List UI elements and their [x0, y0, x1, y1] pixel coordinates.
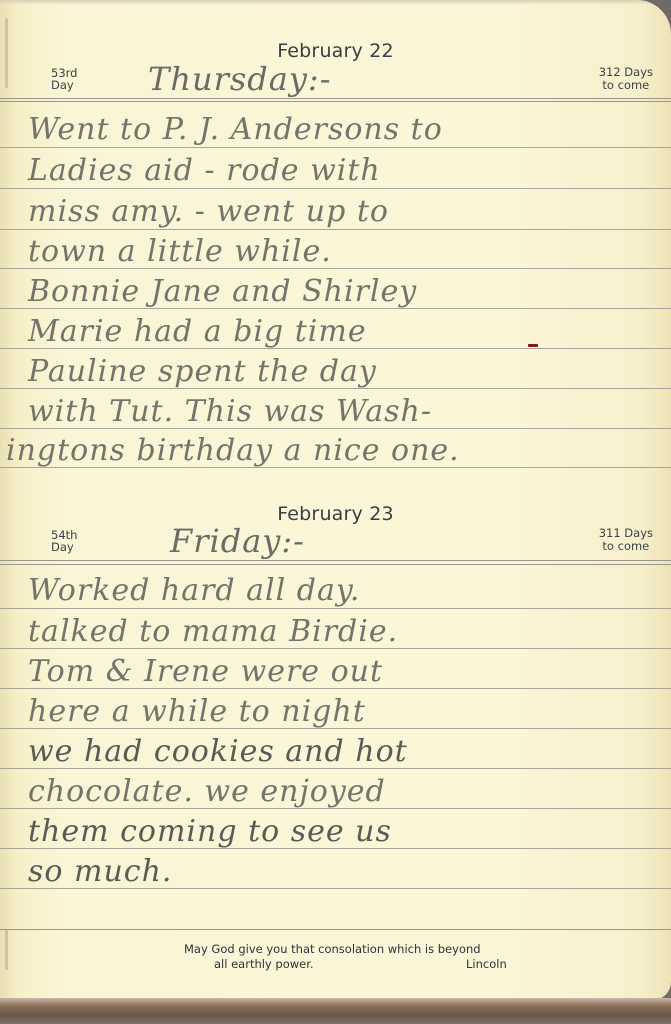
ruled-line	[0, 608, 671, 609]
handwritten-line: Worked hard all day.	[28, 573, 663, 608]
weekday-handwritten: Friday:-	[170, 522, 305, 560]
handwritten-line: Ladies aid - rode with	[28, 153, 663, 188]
book-cover-edge	[0, 998, 671, 1024]
handwritten-line: Bonnie Jane and Shirley	[28, 274, 663, 309]
day-label: Day	[51, 541, 77, 553]
ruled-line	[0, 147, 671, 148]
days-remaining: 311 Days to come	[599, 527, 653, 553]
handwritten-line: we had cookies and hot	[28, 734, 663, 769]
handwritten-line: Marie had a big time	[28, 314, 663, 349]
day-label: Day	[51, 79, 77, 91]
handwritten-line: here a while to night	[28, 694, 663, 729]
handwritten-line: Pauline spent the day	[28, 354, 663, 389]
quote-line-2: all earthly power.	[214, 957, 314, 971]
entry-date: February 22	[0, 40, 671, 62]
days-remaining-label: to come	[599, 540, 653, 553]
ruled-line	[0, 188, 671, 189]
day-of-year: 54th Day	[51, 529, 77, 553]
handwritten-line: ingtons birthday a nice one.	[6, 433, 663, 468]
double-rule-bottom	[0, 564, 671, 565]
days-remaining: 312 Days to come	[599, 66, 653, 92]
ruled-line	[0, 229, 671, 230]
spine-mark	[5, 930, 8, 970]
double-rule-top	[0, 98, 671, 99]
handwritten-line: town a little while.	[28, 234, 663, 269]
handwritten-line: chocolate. we enjoyed	[28, 774, 663, 809]
page-edge-shadow	[0, 0, 671, 5]
handwritten-line: talked to mama Birdie.	[28, 614, 663, 649]
handwritten-line: miss amy. - went up to	[28, 194, 663, 229]
entry-date: February 23	[0, 503, 671, 525]
double-rule-top	[0, 560, 671, 561]
handwritten-line: them coming to see us	[28, 814, 663, 849]
quote-attribution: Lincoln	[466, 957, 507, 971]
handwritten-line: so much.	[28, 854, 663, 889]
weekday-handwritten: Thursday:-	[148, 60, 332, 98]
red-ink-mark	[528, 344, 538, 347]
handwritten-line: Went to P. J. Andersons to	[28, 112, 663, 147]
day-of-year: 53rd Day	[51, 67, 77, 91]
handwritten-line: with Tut. This was Wash-	[28, 394, 663, 429]
handwritten-line: Tom & Irene were out	[28, 654, 663, 689]
double-rule-bottom	[0, 101, 671, 102]
quote-line-1: May God give you that consolation which …	[184, 942, 481, 956]
footer-rule	[0, 929, 671, 930]
days-remaining-label: to come	[599, 79, 653, 92]
diary-page: February 22 53rd Day 312 Days to come Th…	[0, 0, 671, 1000]
